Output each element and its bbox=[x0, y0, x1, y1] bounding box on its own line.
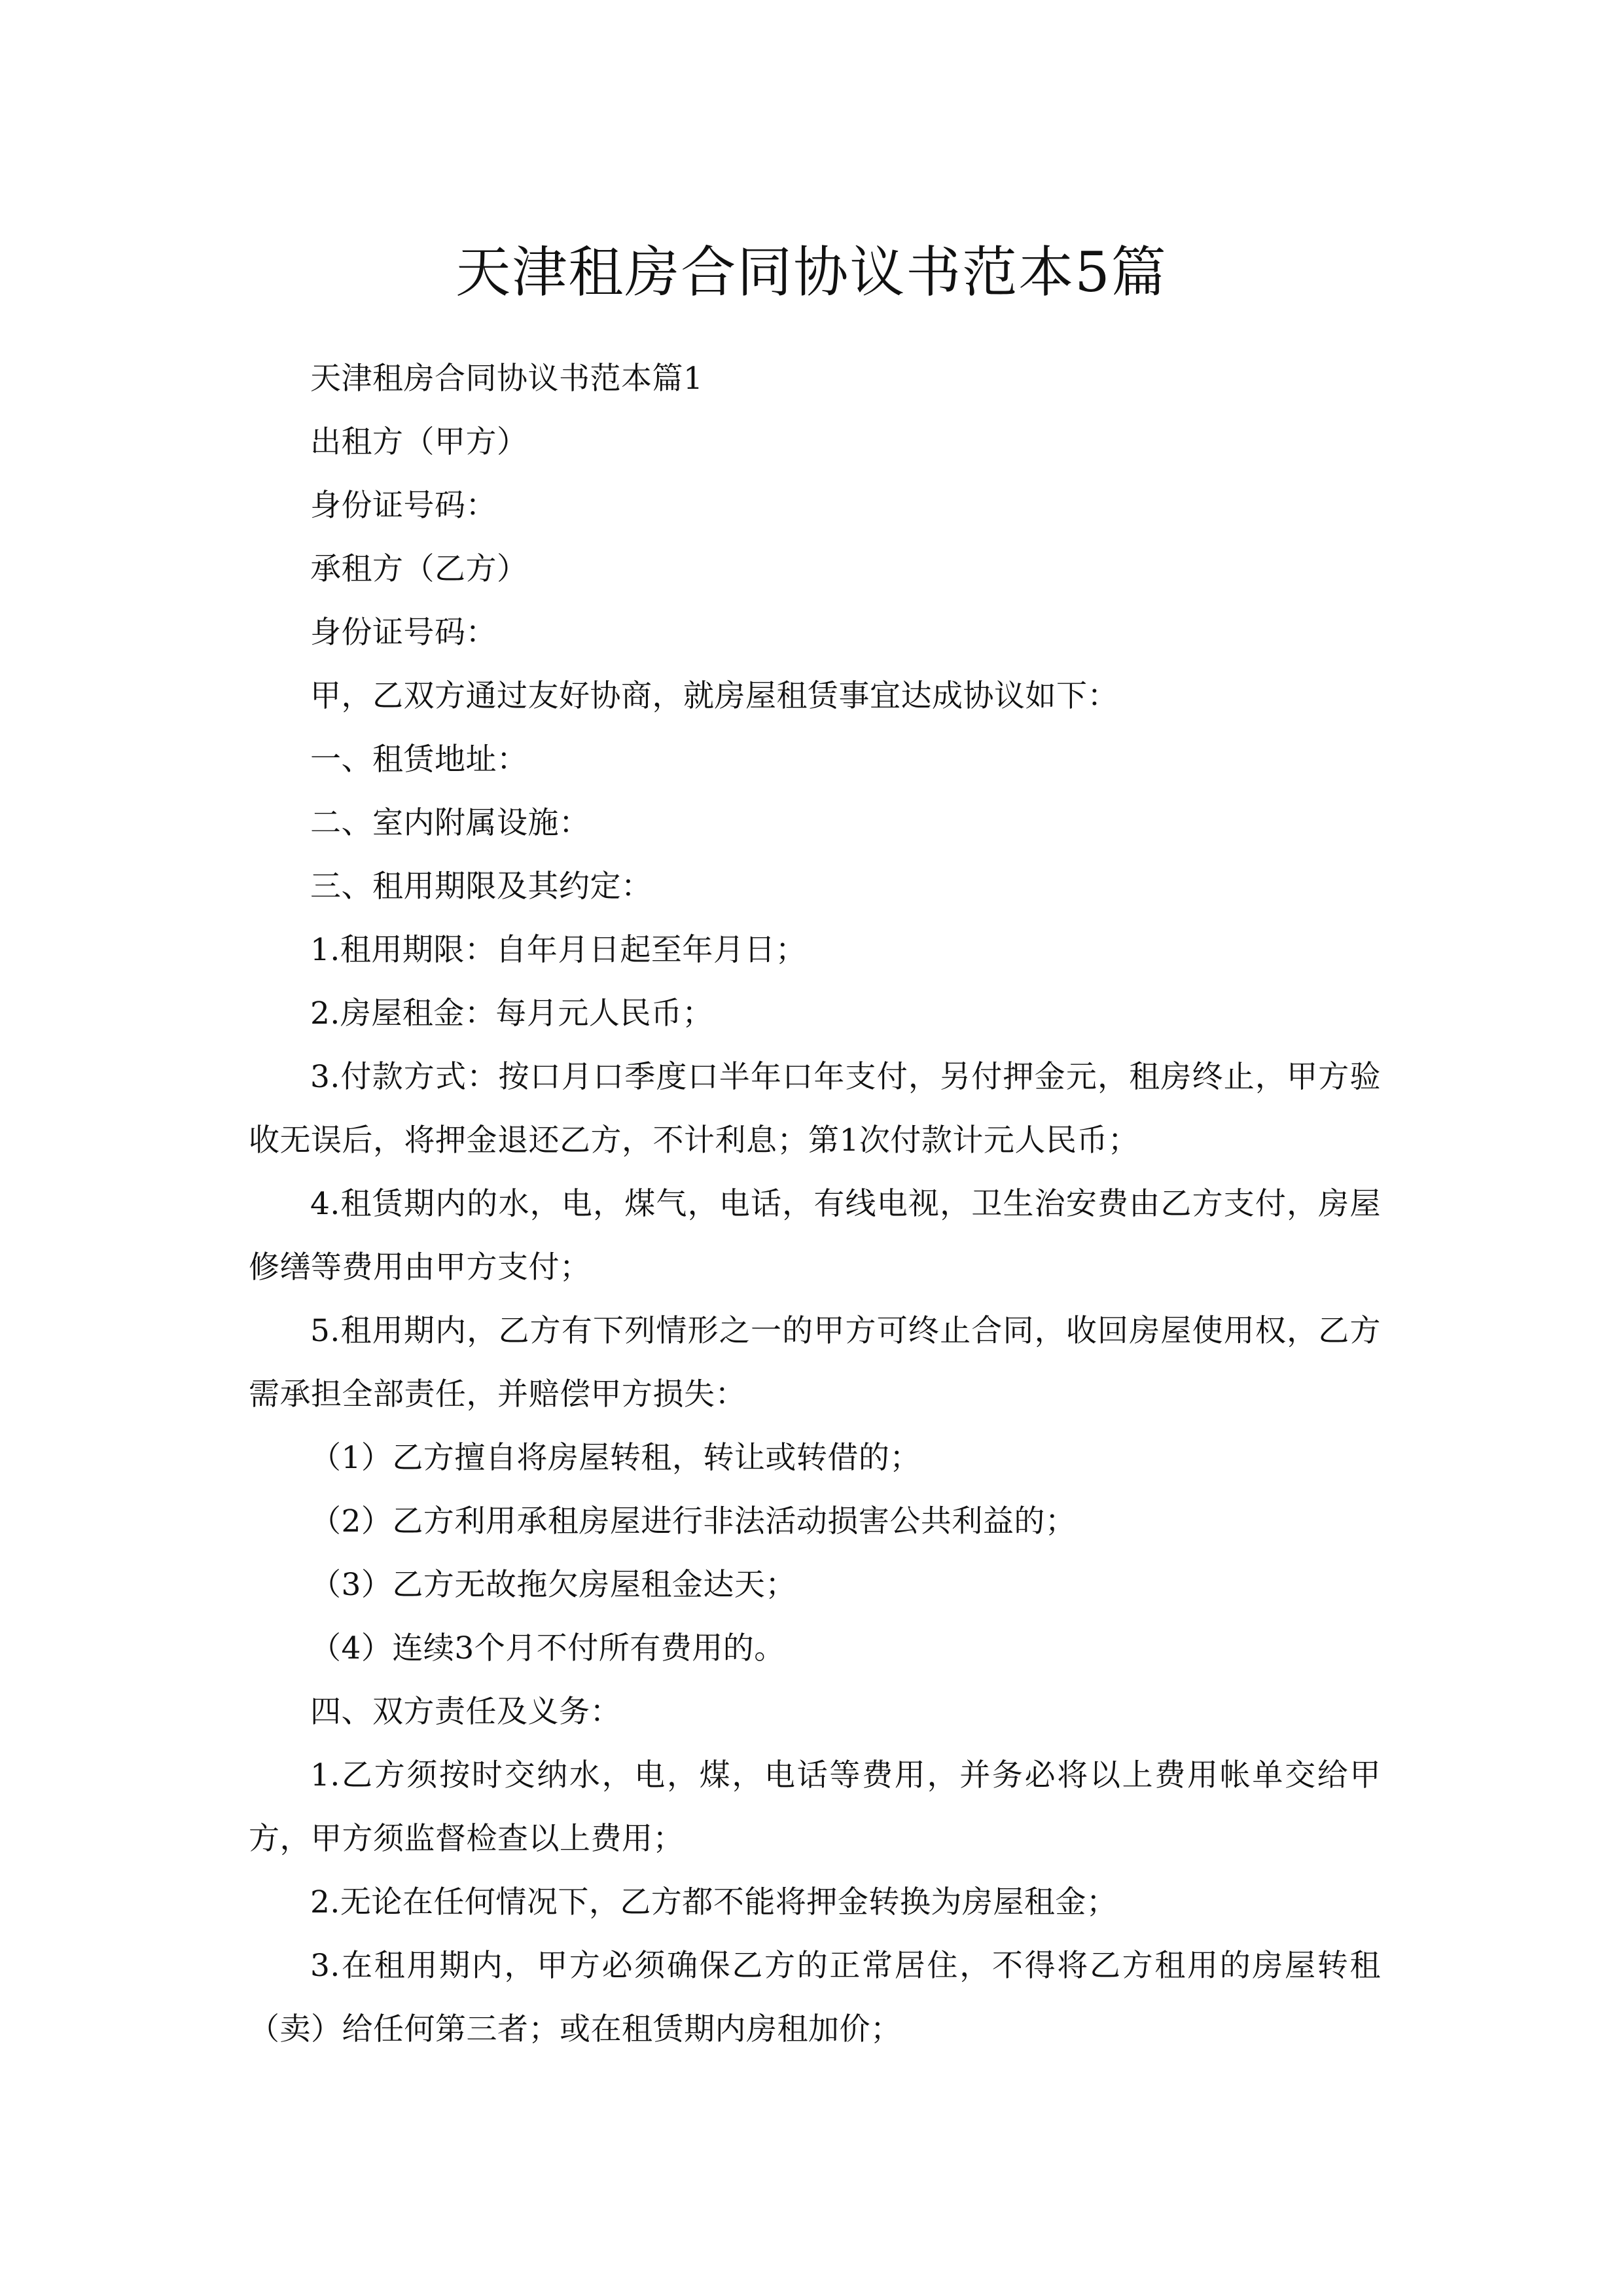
clause-4-heading: 四、双方责任及义务： bbox=[249, 1680, 1381, 1744]
clause-4-item-2: 2.无论在任何情况下，乙方都不能将押金转换为房屋租金； bbox=[249, 1871, 1381, 1934]
lessor-label: 出租方（甲方） bbox=[249, 410, 1381, 474]
clause-3-item-4: 4.租赁期内的水，电，煤气，电话，有线电视，卫生治安费由乙方支付，房屋修缮等费用… bbox=[249, 1172, 1381, 1299]
preamble: 甲，乙双方通过友好协商，就房屋租赁事宜达成协议如下： bbox=[249, 664, 1381, 728]
clause-3-item-5-sub-2: （2）乙方利用承租房屋进行非法活动损害公共利益的； bbox=[249, 1490, 1381, 1553]
lessor-id-label: 身份证号码： bbox=[249, 474, 1381, 537]
clause-2-heading: 二、室内附属设施： bbox=[249, 791, 1381, 855]
document-title: 天津租房合同协议书范本5篇 bbox=[0, 233, 1623, 312]
clause-3-item-2: 2.房屋租金：每月元人民币； bbox=[249, 982, 1381, 1045]
clause-4-item-3: 3.在租用期内，甲方必须确保乙方的正常居住，不得将乙方租用的房屋转租（卖）给任何… bbox=[249, 1934, 1381, 2061]
clause-1-heading: 一、租赁地址： bbox=[249, 728, 1381, 791]
clause-3-item-3: 3.付款方式：按口月口季度口半年口年支付，另付押金元，租房终止，甲方验收无误后，… bbox=[249, 1045, 1381, 1172]
document-body: 天津租房合同协议书范本篇1 出租方（甲方） 身份证号码： 承租方（乙方） 身份证… bbox=[249, 347, 1381, 2061]
clause-3-item-5-sub-3: （3）乙方无故拖欠房屋租金达天； bbox=[249, 1553, 1381, 1617]
section-heading: 天津租房合同协议书范本篇1 bbox=[249, 347, 1381, 410]
clause-4-item-1: 1.乙方须按时交纳水，电，煤，电话等费用，并务必将以上费用帐单交给甲方，甲方须监… bbox=[249, 1744, 1381, 1871]
clause-3-item-5-sub-1: （1）乙方擅自将房屋转租，转让或转借的； bbox=[249, 1426, 1381, 1490]
document-page: 天津租房合同协议书范本5篇 天津租房合同协议书范本篇1 出租方（甲方） 身份证号… bbox=[0, 0, 1623, 2296]
clause-3-heading: 三、租用期限及其约定： bbox=[249, 855, 1381, 918]
lessee-label: 承租方（乙方） bbox=[249, 537, 1381, 601]
clause-3-item-1: 1.租用期限：自年月日起至年月日； bbox=[249, 918, 1381, 982]
clause-3-item-5: 5.租用期内，乙方有下列情形之一的甲方可终止合同，收回房屋使用权，乙方需承担全部… bbox=[249, 1299, 1381, 1426]
lessee-id-label: 身份证号码： bbox=[249, 601, 1381, 664]
clause-3-item-5-sub-4: （4）连续3个月不付所有费用的。 bbox=[249, 1617, 1381, 1680]
